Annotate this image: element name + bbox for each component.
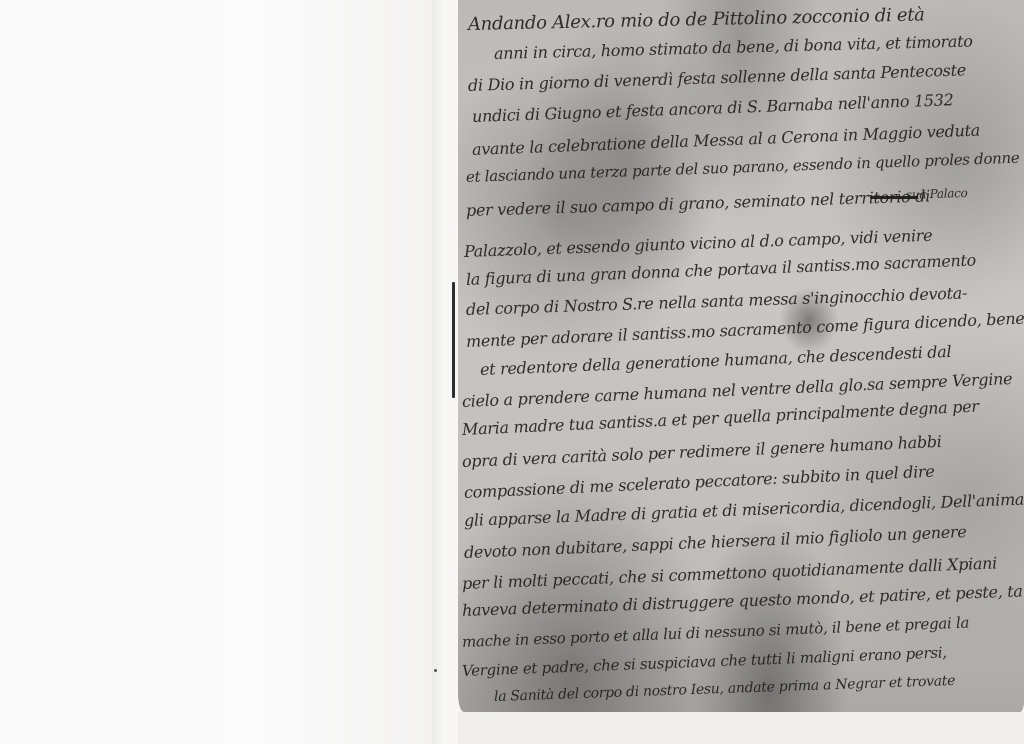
manuscript-line: di Dio in giorno di venerdì festa sollen…: [468, 60, 966, 95]
manuscript-line: Vergine et padre, che si suspiciava che …: [462, 643, 947, 680]
blank-left-page: [0, 0, 432, 744]
scanned-document: Andando Alex.ro mio do de Pittolino zocc…: [0, 0, 1024, 744]
manuscript-line: undici di Giugno et festa ancora di S. B…: [472, 90, 954, 126]
manuscript-line: per vedere il suo campo di grano, semina…: [466, 186, 931, 220]
page-gutter: [432, 0, 442, 744]
margin-rule-mark: [452, 282, 455, 398]
manuscript-line: la Sanità del corpo di nostro Iesu, anda…: [494, 673, 956, 705]
manuscript-line: devoto non dubitare, sappi che hiersera …: [464, 522, 967, 562]
manuscript-line: Andando Alex.ro mio do de Pittolino zocc…: [468, 4, 925, 35]
bottom-margin: [458, 712, 1024, 744]
manuscript-page: Andando Alex.ro mio do de Pittolino zocc…: [458, 0, 1024, 712]
margin-dot-mark: [434, 669, 437, 672]
manuscript-line: anni in circa, homo stimato da bene, di …: [494, 31, 973, 63]
